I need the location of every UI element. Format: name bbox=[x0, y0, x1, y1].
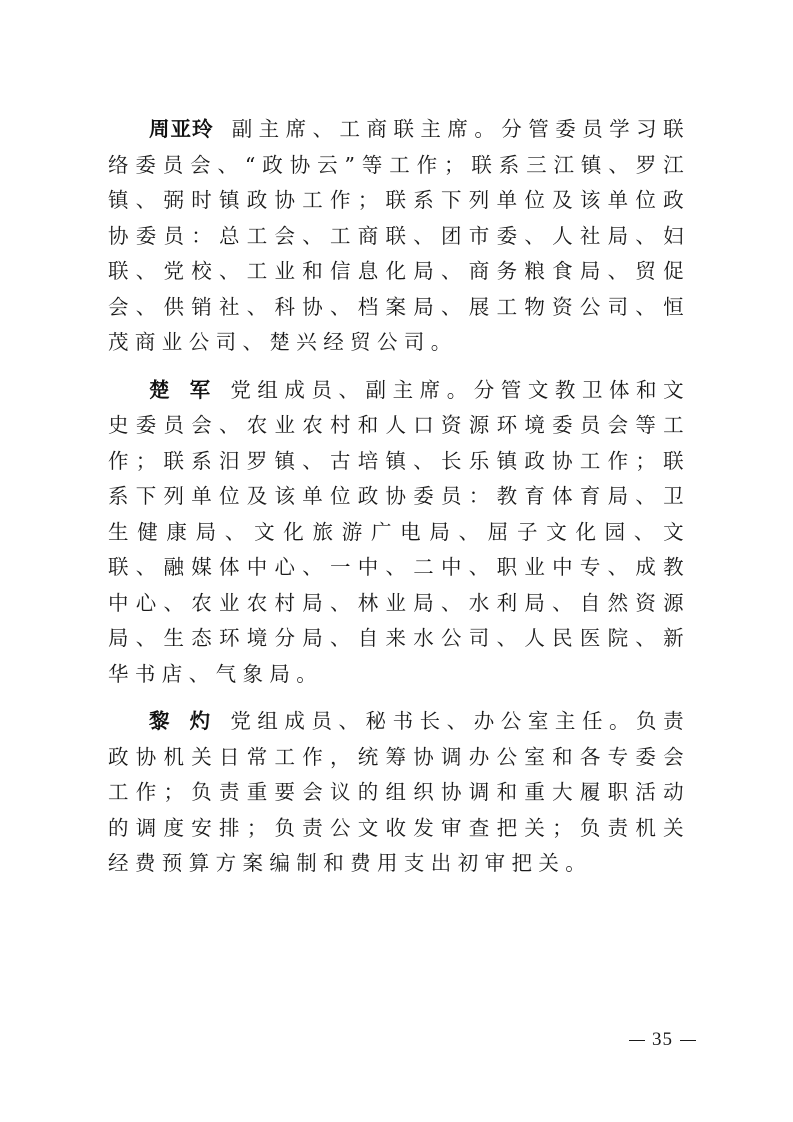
person-name: 楚军 bbox=[149, 378, 230, 402]
page-number-value: 35 bbox=[652, 1029, 673, 1050]
paragraph-li-zhuo: 黎灼党组成员、秘书长、办公室主任。负责政协机关日常工作，统筹协调办公室和各专委会… bbox=[108, 704, 690, 882]
paragraph-zhou-yaling: 周亚玲副主席、工商联主席。分管委员学习联络委员会、“政协云”等工作；联系三江镇、… bbox=[108, 112, 690, 361]
person-name: 黎灼 bbox=[149, 709, 230, 733]
paragraph-chu-jun: 楚军党组成员、副主席。分管文教卫体和文史委员会、农业农村和人口资源环境委员会等工… bbox=[108, 373, 690, 693]
paragraph-text: 副主席、工商联主席。分管委员学习联络委员会、“政协云”等工作；联系三江镇、罗江镇… bbox=[108, 117, 690, 354]
dash-right bbox=[680, 1040, 696, 1042]
person-name: 周亚玲 bbox=[149, 117, 214, 141]
paragraph-text: 党组成员、副主席。分管文教卫体和文史委员会、农业农村和人口资源环境委员会等工作；… bbox=[108, 378, 690, 686]
document-body: 周亚玲副主席、工商联主席。分管委员学习联络委员会、“政协云”等工作；联系三江镇、… bbox=[108, 112, 690, 894]
page-number: 35 bbox=[622, 1029, 703, 1051]
dash-left bbox=[629, 1040, 645, 1042]
paragraph-text: 党组成员、秘书长、办公室主任。负责政协机关日常工作，统筹协调办公室和各专委会工作… bbox=[108, 709, 690, 875]
